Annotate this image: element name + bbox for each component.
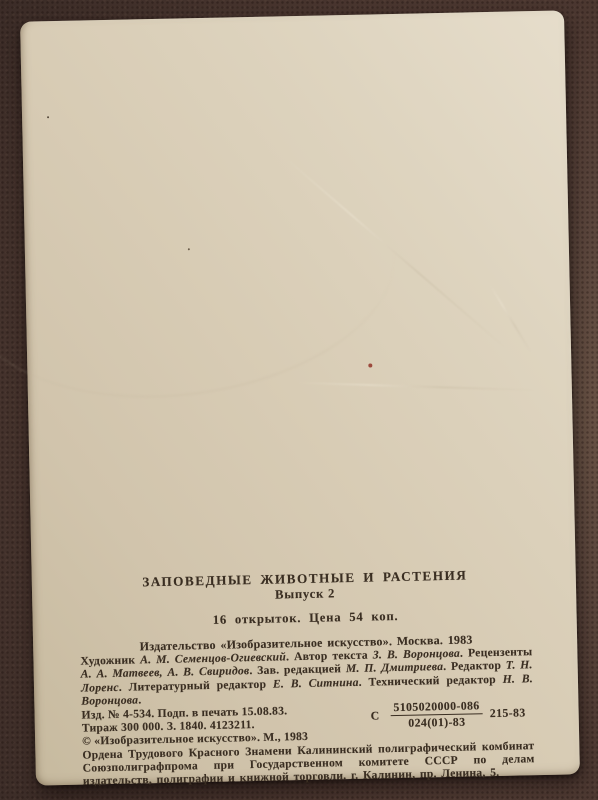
credit-role-text: . (138, 693, 141, 706)
catalog-numerator: 5105020000-086 (390, 699, 483, 716)
credit-role-text: Художник (80, 654, 140, 668)
catalog-denominator: 024(01)-83 (408, 715, 465, 730)
postcard-set-back-cover: ЗАПОВЕДНЫЕ ЖИВОТНЫЕ И РАСТЕНИЯ Выпуск 2 … (20, 10, 580, 785)
red-ink-speck (368, 363, 372, 367)
crease-mark (489, 284, 532, 353)
photo-backdrop: ЗАПОВЕДНЫЕ ЖИВОТНЫЕ И РАСТЕНИЯ Выпуск 2 … (0, 0, 598, 800)
catalog-fraction: 5105020000-086 024(01)-83 (390, 699, 483, 730)
count-and-price: 16 открыток. Цена 54 коп. (80, 607, 532, 629)
credit-person-name: Е. В. Ситнина (273, 675, 359, 690)
credit-role-text: . Литературный редактор (119, 677, 273, 693)
credit-role-text: . Рецензенты (460, 645, 533, 660)
credit-role-text: . Редактор (443, 659, 506, 673)
catalog-number-block: С 5105020000-086 024(01)-83 215-83 (370, 699, 526, 729)
credit-role-text: . Технический редактор (359, 672, 503, 688)
crease-mark (298, 382, 538, 392)
catalog-suffix: 215-83 (490, 706, 526, 720)
crease-mark (0, 132, 409, 421)
dust-speck (188, 248, 190, 250)
catalog-prefix: С (371, 709, 380, 722)
dust-speck (47, 116, 49, 118)
imprint-text-block: ЗАПОВЕДНЫЕ ЖИВОТНЫЕ И РАСТЕНИЯ Выпуск 2 … (79, 567, 535, 788)
